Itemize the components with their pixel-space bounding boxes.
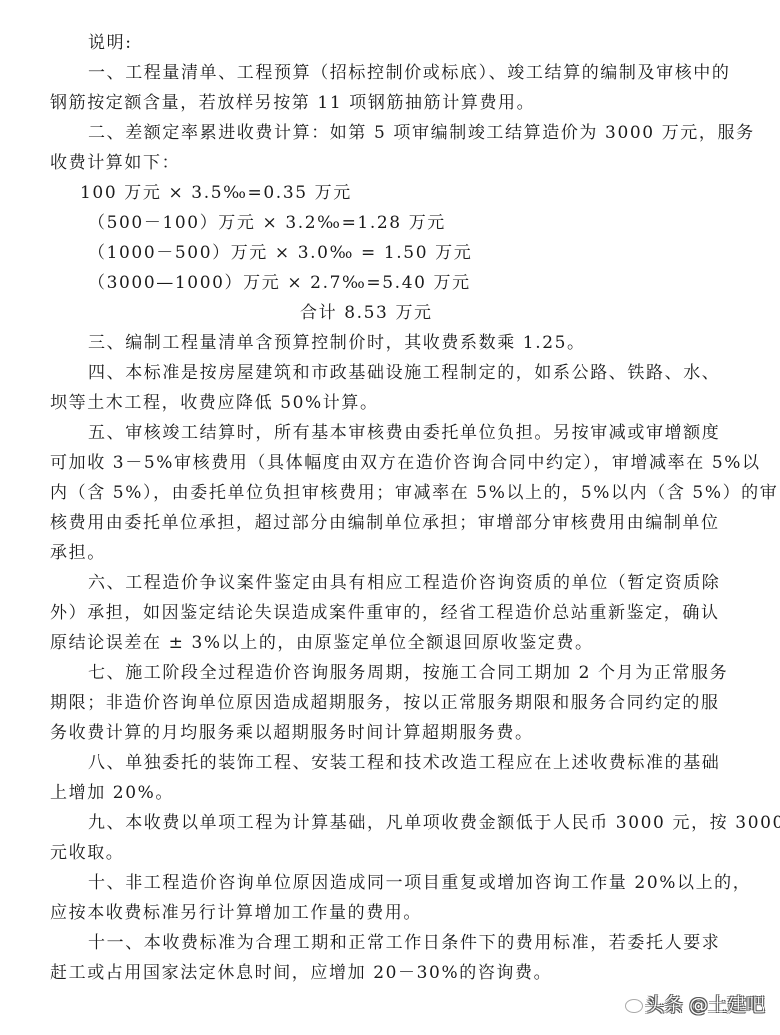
document-page: 说明: 一、工程量清单、工程预算（招标控制价或标底）、竣工结算的编制及审核中的钢… — [50, 28, 740, 988]
document-body: 一、工程量清单、工程预算（招标控制价或标底）、竣工结算的编制及审核中的钢筋按定额… — [50, 58, 740, 988]
text-line: 三、编制工程量清单含预算控制价时，其收费系数乘 1.25。 — [50, 328, 740, 358]
text-line: 原结论误差在 ± 3%以上的，由原鉴定单位全额退回原收鉴定费。 — [50, 628, 740, 658]
watermark: 头条 @土建吧 — [625, 990, 765, 1017]
text-line: 五、审核竣工结算时，所有基本审核费由委托单位负担。另按审减或审增额度 — [50, 418, 740, 448]
document-heading: 说明: — [50, 28, 740, 58]
text-line: 十、非工程造价咨询单位原因造成同一项目重复或增加咨询工作量 20%以上的， — [50, 868, 740, 898]
text-line: 六、工程造价争议案件鉴定由具有相应工程造价咨询资质的单位（暂定资质除 — [50, 568, 740, 598]
text-line: 上增加 20%。 — [50, 778, 740, 808]
text-line: 九、本收费以单项工程为计算基础，凡单项收费金额低于人民币 3000 元，按 30… — [50, 808, 740, 838]
text-line: （3000—1000）万元 × 2.7‰=5.40 万元 — [50, 268, 740, 298]
text-line: 十一、本收费标准为合理工期和正常工作日条件下的费用标准，若委托人要求 — [50, 928, 740, 958]
watermark-text: 头条 @土建吧 — [645, 994, 765, 1016]
text-line: 外）承担，如因鉴定结论失误造成案件重审的，经省工程造价总站重新鉴定，确认 — [50, 598, 740, 628]
text-line: 八、单独委托的装饰工程、安装工程和技术改造工程应在上述收费标准的基础 — [50, 748, 740, 778]
text-line: 二、差额定率累进收费计算：如第 5 项审编制竣工结算造价为 3000 万元，服务 — [50, 118, 740, 148]
text-line: 期限；非造价咨询单位原因造成超期服务，按以正常服务期限和服务合同约定的服 — [50, 688, 740, 718]
text-line: 钢筋按定额含量，若放样另按第 11 项钢筋抽筋计算费用。 — [50, 88, 740, 118]
chat-bubble-icon — [625, 999, 643, 1013]
text-line: 四、本标准是按房屋建筑和市政基础设施工程制定的，如系公路、铁路、水、 — [50, 358, 740, 388]
text-line: 一、工程量清单、工程预算（招标控制价或标底）、竣工结算的编制及审核中的 — [50, 58, 740, 88]
text-line: 赶工或占用国家法定休息时间，应增加 20－30%的咨询费。 — [50, 958, 740, 988]
text-line: 七、施工阶段全过程造价咨询服务周期，按施工合同工期加 2 个月为正常服务 — [50, 658, 740, 688]
text-line: 可加收 3－5%审核费用（具体幅度由双方在造价咨询合同中约定），审增减率在 5%… — [50, 448, 740, 478]
text-line: 内（含 5%），由委托单位负担审核费用；审减率在 5%以上的，5%以内（含 5%… — [50, 478, 740, 508]
text-line: 务收费计算的月均服务乘以超期服务时间计算超期服务费。 — [50, 718, 740, 748]
text-line: 承担。 — [50, 538, 740, 568]
text-line: （500－100）万元 × 3.2‰=1.28 万元 — [50, 208, 740, 238]
text-line: 核费用由委托单位承担，超过部分由编制单位承担；审增部分审核费用由编制单位 — [50, 508, 740, 538]
text-line: 元收取。 — [50, 838, 740, 868]
text-line: 收费计算如下： — [50, 148, 740, 178]
text-line: 应按本收费标准另行计算增加工作量的费用。 — [50, 898, 740, 928]
text-line: 100 万元 × 3.5‰=0.35 万元 — [50, 178, 740, 208]
text-line: （1000－500）万元 × 3.0‰ = 1.50 万元 — [50, 238, 740, 268]
text-line: 合计 8.53 万元 — [50, 298, 740, 328]
text-line: 坝等土木工程，收费应降低 50%计算。 — [50, 388, 740, 418]
